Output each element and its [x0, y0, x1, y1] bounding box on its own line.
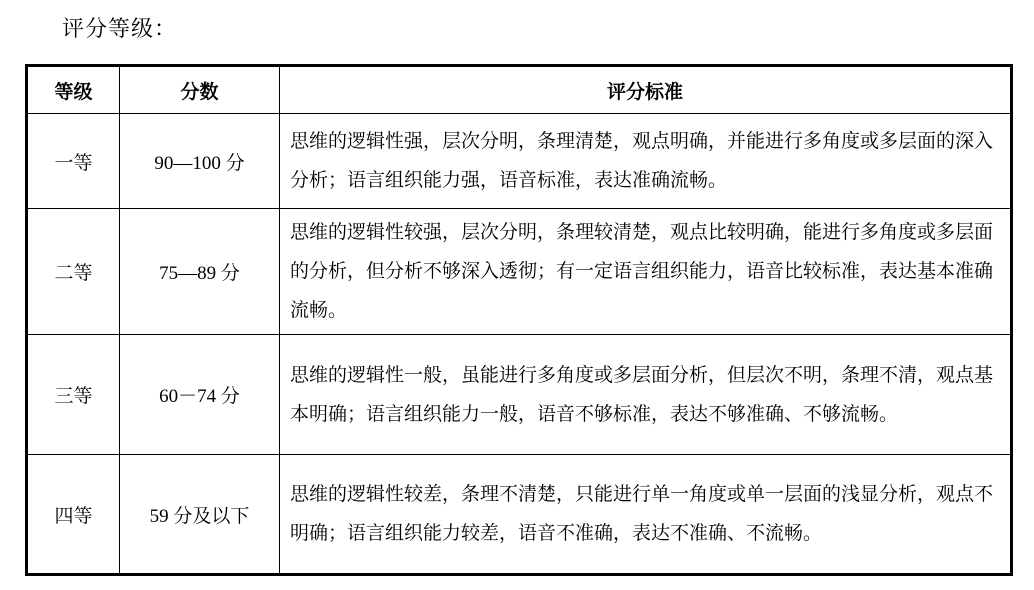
- table-row: 四等 59 分及以下 思维的逻辑性较差，条理不清楚，只能进行单一角度或单一层面的…: [27, 455, 1012, 575]
- table-row: 一等 90—100 分 思维的逻辑性强，层次分明，条理清楚，观点明确，并能进行多…: [27, 114, 1012, 209]
- criteria-cell: 思维的逻辑性较差，条理不清楚，只能进行单一角度或单一层面的浅显分析，观点不明确；…: [280, 455, 1012, 575]
- rubric-table: 等级 分数 评分标准 一等 90—100 分 思维的逻辑性强，层次分明，条理清楚…: [25, 64, 1013, 576]
- level-cell: 三等: [27, 335, 120, 455]
- level-cell: 二等: [27, 209, 120, 335]
- criteria-cell: 思维的逻辑性一般，虽能进行多角度或多层面分析，但层次不明，条理不清，观点基本明确…: [280, 335, 1012, 455]
- table-header-row: 等级 分数 评分标准: [27, 66, 1012, 114]
- criteria-cell: 思维的逻辑性较强，层次分明，条理较清楚，观点比较明确，能进行多角度或多层面的分析…: [280, 209, 1012, 335]
- header-score: 分数: [120, 66, 280, 114]
- table-row: 二等 75—89 分 思维的逻辑性较强，层次分明，条理较清楚，观点比较明确，能进…: [27, 209, 1012, 335]
- score-cell: 60－74 分: [120, 335, 280, 455]
- level-cell: 一等: [27, 114, 120, 209]
- score-cell: 59 分及以下: [120, 455, 280, 575]
- score-cell: 90—100 分: [120, 114, 280, 209]
- level-cell: 四等: [27, 455, 120, 575]
- header-level: 等级: [27, 66, 120, 114]
- page-title: 评分等级：: [62, 12, 177, 43]
- score-cell: 75—89 分: [120, 209, 280, 335]
- header-criteria: 评分标准: [280, 66, 1012, 114]
- criteria-cell: 思维的逻辑性强，层次分明，条理清楚，观点明确，并能进行多角度或多层面的深入分析；…: [280, 114, 1012, 209]
- table-row: 三等 60－74 分 思维的逻辑性一般，虽能进行多角度或多层面分析，但层次不明，…: [27, 335, 1012, 455]
